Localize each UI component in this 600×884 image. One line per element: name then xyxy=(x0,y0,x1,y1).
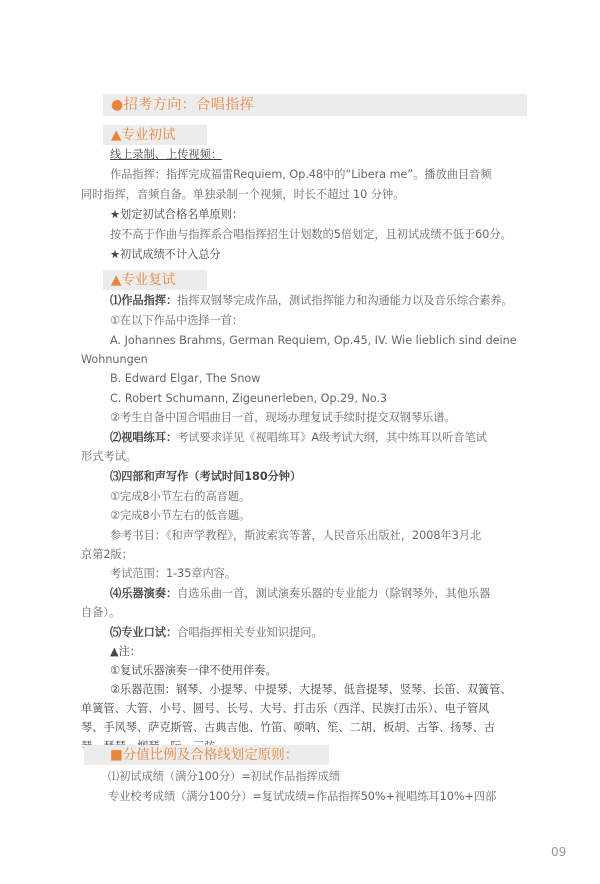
note-line: ②乐器范围：钢琴、小提琴、中提琴、大提琴、低音提琴、竖琴、长笛、双簧管、 xyxy=(110,683,512,697)
item-text: 指挥双钢琴完成作品，测试指挥能力和沟通能力以及音乐综合素养。 xyxy=(177,294,513,307)
prelim-line: ★初试成绩不计入总分 xyxy=(110,248,221,262)
prelim-line: 作品指挥：指挥完成福雷Requiem, Op.48中的“Libera me”。播… xyxy=(110,168,492,182)
page-number: 09 xyxy=(551,845,566,859)
retest-line: 自备）。 xyxy=(81,606,120,620)
prelim-line: 按不高于作曲与指挥系合唱指挥招生计划数的5倍划定，且初试成绩不低于60分。 xyxy=(110,228,512,242)
item-label: ⑵视唱练耳： xyxy=(110,431,177,444)
retest-line: ①完成8小节左右的高音题。 xyxy=(110,490,250,504)
item-text: 考试要求详见《视唱练耳》A级考试大纲，其中练耳以听音笔试 xyxy=(177,431,487,444)
document-page: ●招考方向：合唱指挥 ▲专业初试 线上录制、上传视频： 作品指挥：指挥完成福雷R… xyxy=(0,0,600,884)
work-item: Wohnungen xyxy=(81,353,148,367)
note-line: 单簧管、大管、小号、圆号、长号、大号、打击乐（西洋、民族打击乐）、电子管风 xyxy=(81,702,489,716)
retest-item-3: ⑶四部和声写作（考试时间180分钟） xyxy=(110,470,301,484)
item-label: ⑸专业口试： xyxy=(110,626,177,639)
retest-line: 考试范围：1-35章内容。 xyxy=(110,567,236,581)
work-item: B. Edward Elgar, The Snow xyxy=(110,372,260,386)
retest-line: 京第2版； xyxy=(81,548,133,562)
section-title: ●招考方向：合唱指挥 xyxy=(103,94,527,116)
scoring-line: 专业校考成绩（满分100分）=复试成绩=作品指挥50%+视唱练耳10%+四部 xyxy=(108,790,496,804)
prelim-line: ★划定初试合格名单原则： xyxy=(110,208,243,222)
item-label: ⑷乐器演奏： xyxy=(110,587,177,600)
retest-line: ②完成8小节左右的低音题。 xyxy=(110,509,250,523)
retest-item-4: ⑷乐器演奏：自选乐曲一首，测试演奏乐器的专业能力（除钢琴外，其他乐器 xyxy=(110,587,490,601)
scoring-heading: ■分值比例及合格线划定原则： xyxy=(84,745,329,765)
item-text: 自选乐曲一首，测试演奏乐器的专业能力（除钢琴外，其他乐器 xyxy=(177,587,490,600)
retest-item-5: ⑸专业口试：合唱指挥相关专业知识提问。 xyxy=(110,626,323,640)
prelim-subheading: 线上录制、上传视频： xyxy=(110,148,222,162)
retest-line: ②考生自备中国合唱曲目一首，现场办理复试手续时提交双钢琴乐谱。 xyxy=(110,411,456,425)
item-text: 合唱指挥相关专业知识提问。 xyxy=(177,626,322,639)
retest-line: 形式考试。 xyxy=(81,450,137,464)
note-label: ▲注： xyxy=(110,645,141,659)
note-line: ①复试乐器演奏一律不使用伴奏。 xyxy=(110,664,277,678)
retest-item-1: ⑴作品指挥：指挥双钢琴完成作品，测试指挥能力和沟通能力以及音乐综合素养。 xyxy=(110,294,513,308)
note-line: 琴、手风琴、萨克斯管、古典吉他、竹笛、唢呐、笙、二胡、板胡、古筝、扬琴、古 xyxy=(81,721,495,735)
work-item: A. Johannes Brahms, German Requiem, Op.4… xyxy=(110,334,517,348)
retest-line: ①在以下作品中选择一首： xyxy=(110,314,243,328)
retest-item-2: ⑵视唱练耳：考试要求详见《视唱练耳》A级考试大纲，其中练耳以听音笔试 xyxy=(110,431,487,445)
retest-line: 参考书目：《和声学教程》，斯波索宾等著，人民音乐出版社，2008年3月北 xyxy=(110,529,481,543)
prelim-heading: ▲专业初试 xyxy=(103,125,207,145)
item-label: ⑴作品指挥： xyxy=(110,294,177,307)
work-item: C. Robert Schumann, Zigeunerleben, Op.29… xyxy=(110,392,387,406)
retest-heading: ▲专业复试 xyxy=(103,270,207,290)
scoring-line: ⑴初试成绩（满分100分）=初试作品指挥成绩 xyxy=(108,770,340,784)
prelim-line: 同时指挥，音频自备。单独录制一个视频，时长不超过 10 分钟。 xyxy=(81,188,404,202)
